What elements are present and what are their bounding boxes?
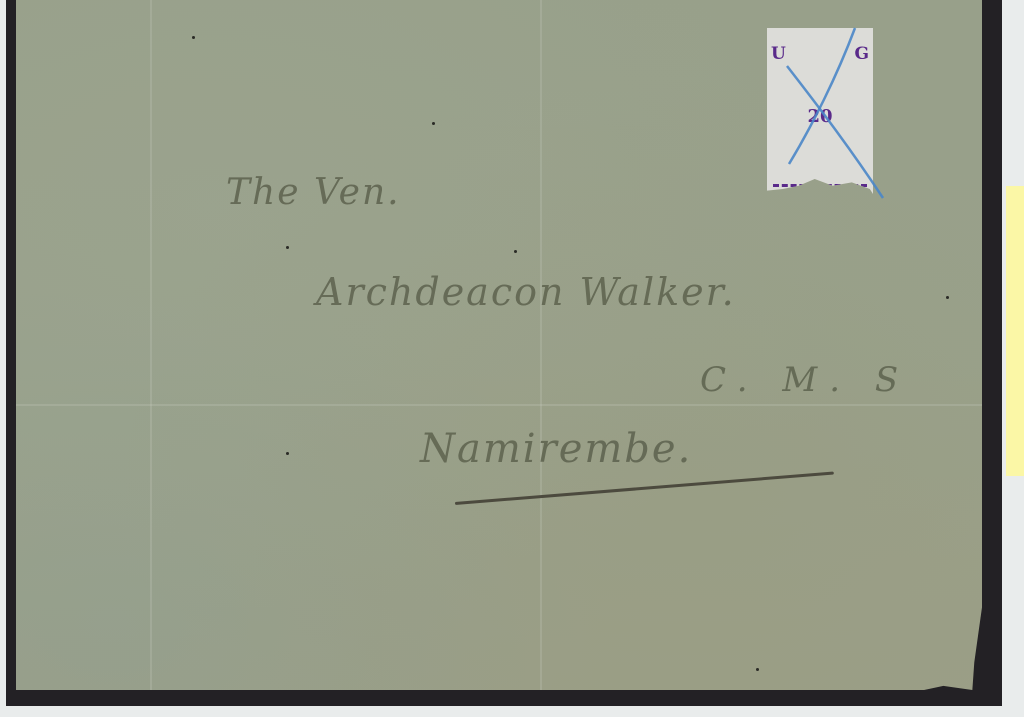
- paper-speck: [286, 246, 289, 249]
- address-line-1: The Ven.: [226, 172, 401, 213]
- cancel-cross-icon: [767, 26, 897, 206]
- paper-speck: [432, 122, 435, 125]
- fold-crease: [150, 0, 152, 690]
- paper-speck: [756, 668, 759, 671]
- address-line-3: C. M. S: [700, 360, 910, 400]
- fold-crease: [16, 404, 982, 406]
- address-line-2: Archdeacon Walker.: [316, 270, 736, 314]
- paper-speck: [286, 452, 289, 455]
- address-line-4: Namirembe.: [420, 426, 692, 472]
- paper-speck: [192, 36, 195, 39]
- fold-crease: [540, 0, 542, 690]
- paper-speck: [514, 250, 517, 253]
- paper-speck: [946, 296, 949, 299]
- yellow-tab: [1006, 186, 1024, 476]
